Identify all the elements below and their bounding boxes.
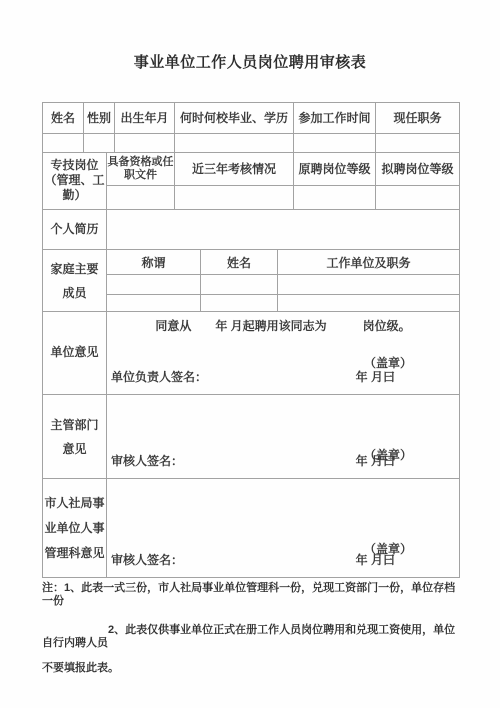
date-placeholder: 年 月曰 [356,452,395,469]
document-page: 事业单位工作人员岗位聘用审核表 姓名 性别 出生年月 何时何校毕业、学历 参加工… [0,0,500,708]
bureau-opinion-row: 市人社局事 业单位人事 管理科意见 （盖章） 审核人签名： 年 月曰 [43,479,459,577]
empty-cell-birthdate [115,134,175,152]
post-header-row: 具备资格或任 职文件 近三年考核情况 原聘岗位等级 拟聘岗位等级 [107,153,459,186]
empty-cell-current-duty [376,134,459,152]
empty-cell-work-start [294,134,376,152]
reviewer-sign-label: 审核人签名： [111,551,183,568]
note-line-1: 注：1、此表一式三份，市人社局事业单位管理科一份，兑现工资部门一份，单位存档一份 [42,582,466,608]
family-empty-row [107,295,459,311]
empty-cell-resume [107,210,459,250]
footnotes: 注：1、此表一式三份，市人社局事业单位管理科一份，兑现工资部门一份，单位存档一份… [42,582,466,675]
header-assessment: 近三年考核情况 [175,153,294,185]
family-row: 家庭主要 成员 称谓 姓名 工作单位及职务 [43,250,459,312]
label-post-type: 专技岗位 （管理、工 勤） [43,153,107,209]
page-title: 事业单位工作人员岗位聘用审核表 [0,51,500,72]
reviewer-sign-label: 审核人签名： [111,452,183,469]
header-sex: 性别 [84,103,115,133]
dept-opinion-content: （盖章） 审核人签名： 年 月曰 [107,395,459,479]
date-placeholder: 年 月曰 [356,368,395,385]
note-line-3: 不要填报此表。 [42,662,466,675]
unit-opinion-row: 单位意见 同意从 年 月起聘用该同志为 岗位级。 （盖章） 单位负责人签名： 年… [43,312,459,395]
dept-opinion-row: 主管部门 意见 （盖章） 审核人签名： 年 月曰 [43,395,459,480]
empty-cell-proposed-grade [376,186,459,209]
basic-info-header-row: 姓名 性别 出生年月 何时何校毕业、学历 参加工作时间 现任职务 [43,103,459,134]
empty-cell-member-name [201,275,278,294]
header-qualification: 具备资格或任 职文件 [107,153,175,185]
label-dept-opinion: 主管部门 意见 [43,395,107,479]
label-unit-opinion: 单位意见 [43,312,107,394]
header-current-duty: 现任职务 [376,103,459,133]
family-empty-row [107,275,459,295]
label-family: 家庭主要 成员 [43,250,107,311]
date-placeholder: 年 月曰 [356,551,395,568]
empty-cell-member-name [201,295,278,311]
basic-info-empty-row [43,134,459,153]
label-bureau-opinion: 市人社局事 业单位人事 管理科意见 [43,479,107,577]
unit-opinion-content: 同意从 年 月起聘用该同志为 岗位级。 （盖章） 单位负责人签名： 年 月曰 [107,312,459,394]
form-table: 姓名 性别 出生年月 何时何校毕业、学历 参加工作时间 现任职务 专技岗位 （管… [42,102,460,578]
empty-cell-relation [107,295,201,311]
empty-cell-member-unit [278,295,459,311]
header-proposed-grade: 拟聘岗位等级 [376,153,459,185]
header-name: 姓名 [43,103,84,133]
post-info-block: 专技岗位 （管理、工 勤） 具备资格或任 职文件 近三年考核情况 原聘岗位等级 … [43,153,459,210]
label-resume: 个人简历 [43,210,107,250]
empty-cell-name [43,134,84,152]
header-graduation: 何时何校毕业、学历 [175,103,294,133]
empty-cell-qualification [107,186,175,209]
post-empty-row [107,186,459,209]
header-relation: 称谓 [107,250,201,274]
header-original-grade: 原聘岗位等级 [294,153,376,185]
empty-cell-graduation [175,134,294,152]
bureau-opinion-content: （盖章） 审核人签名： 年 月曰 [107,479,459,577]
empty-cell-member-unit [278,275,459,294]
empty-cell-sex [84,134,115,152]
empty-cell-original-grade [294,186,376,209]
resume-row: 个人简历 [43,210,459,251]
family-header-row: 称谓 姓名 工作单位及职务 [107,250,459,275]
unit-leader-sign-label: 单位负责人签名： [111,368,207,385]
empty-cell-assessment [175,186,294,209]
empty-cell-relation [107,275,201,294]
header-member-name: 姓名 [201,250,278,274]
agree-statement: 同意从 年 月起聘用该同志为 岗位级。 [107,317,459,334]
header-work-start: 参加工作时间 [294,103,376,133]
header-birthdate: 出生年月 [115,103,175,133]
note-line-2: 2、此表仅供事业单位正式在册工作人员岗位聘用和兑现工资使用，单位自行内聘人员 [42,624,466,650]
header-member-unit: 工作单位及职务 [278,250,459,274]
